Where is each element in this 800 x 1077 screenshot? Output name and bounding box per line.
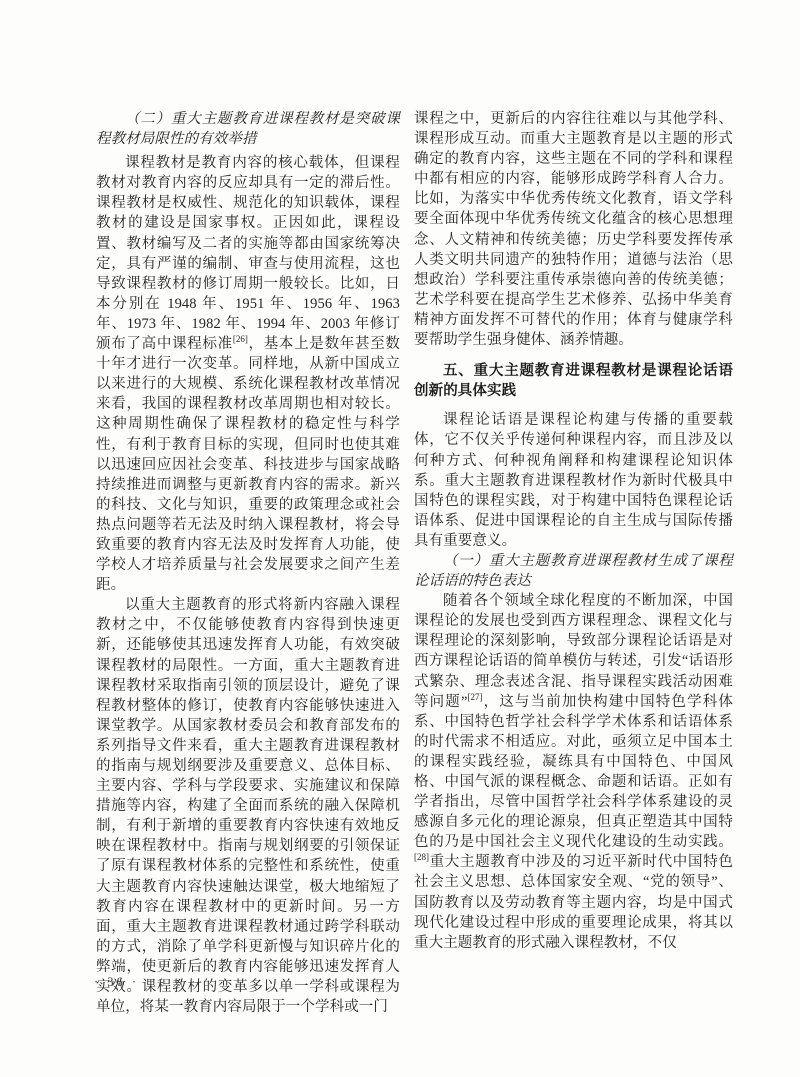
paragraph: 随着各个领域全球化程度的不断加深，中国课程论的发展也受到西方课程理念、课程文化与…	[414, 591, 733, 953]
paragraph: 以重大主题教育的形式将新内容融入课程教材之中，不仅能够使教育内容得到快速更新，还…	[96, 595, 400, 1017]
page-number: · 36 ·	[94, 975, 139, 990]
text-segment: ，基本上是数年甚至数十年才进行一次变革。同样地，从新中国成立以来进行的大规模、系…	[96, 336, 400, 593]
text-segment: 课程教材是教育内容的核心载体，但课程教材对教育内容的反应却具有一定的滞后性。课程…	[96, 155, 400, 352]
citation-marker-26: [26]	[233, 334, 248, 344]
left-column: （二）重大主题教育进课程教材是突破课程教材局限性的有效举措 课程教材是教育内容的…	[96, 109, 400, 1017]
citation-marker-27: [27]	[468, 692, 483, 702]
paper-page: （二）重大主题教育进课程教材是突破课程教材局限性的有效举措 课程教材是教育内容的…	[0, 0, 800, 1077]
paragraph: 课程教材是教育内容的核心载体，但课程教材对教育内容的反应却具有一定的滞后性。课程…	[96, 153, 400, 595]
paragraph-continuation: 课程之中，更新后的内容往往难以与其他学科、课程形成互动。而重大主题教育是以主题的…	[414, 109, 733, 350]
subsection-heading-1: （一）重大主题教育进课程教材生成了课程论话语的特色表达	[414, 551, 733, 591]
paragraph: 课程论话语是课程论构建与传播的重要载体，它不仅关乎传递何种课程内容，而且涉及以何…	[414, 410, 733, 551]
subsection-heading-2: （二）重大主题教育进课程教材是突破课程教材局限性的有效举措	[96, 109, 400, 149]
text-segment: 重大主题教育中涉及的习近平新时代中国特色社会主义思想、总体国家安全观、“党的领导…	[414, 854, 733, 950]
right-column: 课程之中，更新后的内容往往难以与其他学科、课程形成互动。而重大主题教育是以主题的…	[414, 109, 733, 1017]
two-column-text-area: （二）重大主题教育进课程教材是突破课程教材局限性的有效举措 课程教材是教育内容的…	[96, 109, 733, 1017]
section-heading-5: 五、重大主题教育进课程教材是课程论话语创新的具体实践	[414, 361, 733, 401]
citation-marker-28: [28]	[414, 852, 429, 862]
text-segment: 随着各个领域全球化程度的不断加深，中国课程论的发展也受到西方课程理念、课程文化与…	[414, 593, 733, 709]
text-segment: ，这与当前加快构建中国特色学科体系、中国特色哲学社会科学学术体系和话语体系的时代…	[414, 694, 733, 851]
